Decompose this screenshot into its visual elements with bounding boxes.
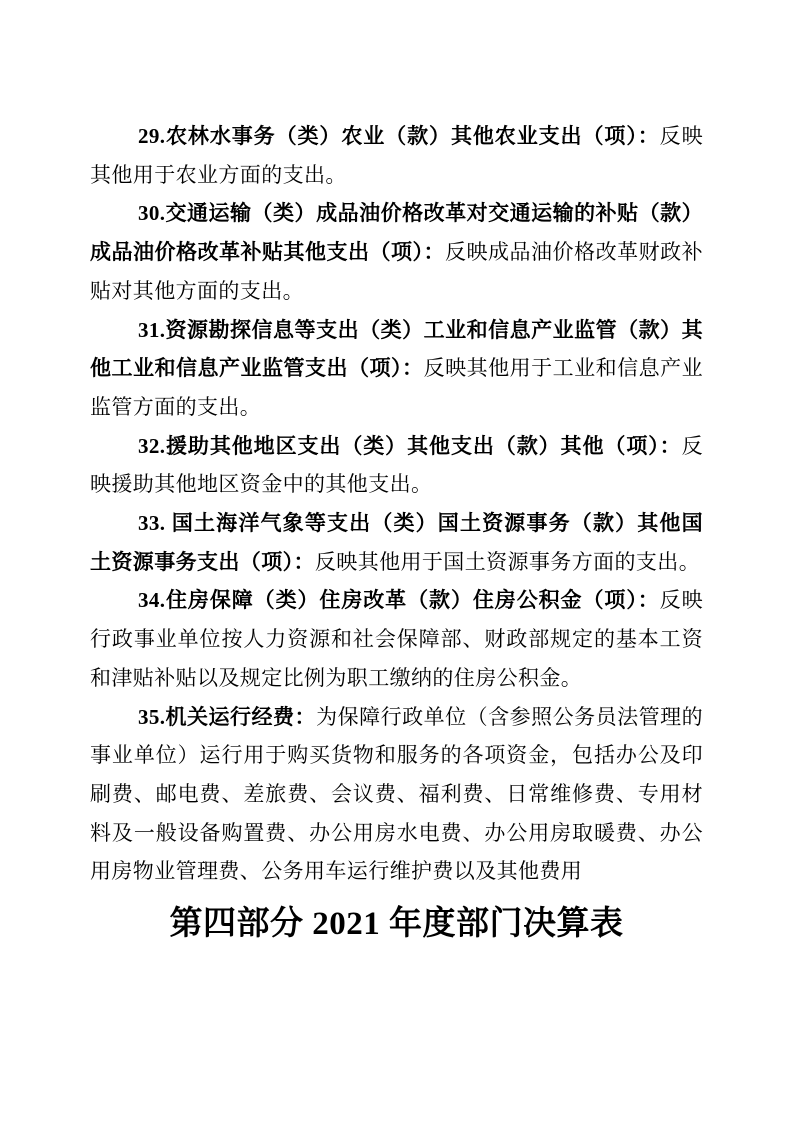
definition-paragraph-30: 30.交通运输（类）成品油价格改革对交通运输的补贴（款）成品油价格改革补贴其他支… [90,194,703,310]
definition-paragraph-29: 29.农林水事务（类）农业（款）其他农业支出（项）：反映其他用于农业方面的支出。 [90,117,703,194]
definition-paragraph-34: 34.住房保障（类）住房改革（款）住房公积金（项）：反映行政事业单位按人力资源和… [90,581,703,697]
definition-text-35: 为保障行政单位（含参照公务员法管理的事业单位）运行用于购买货物和服务的各项资金，… [90,705,703,884]
definition-paragraph-31: 31.资源勘探信息等支出（类）工业和信息产业监管（款）其他工业和信息产业监管支出… [90,311,703,427]
term-label-35: 35.机关运行经费： [138,705,316,729]
term-label-32: 32.援助其他地区支出（类）其他支出（款）其他（项）： [138,434,682,458]
document-page: 29.农林水事务（类）农业（款）其他农业支出（项）：反映其他用于农业方面的支出。… [0,0,793,1122]
section-heading: 第四部分 2021 年度部门决算表 [90,901,703,947]
definition-paragraph-33: 33. 国土海洋气象等支出（类）国土资源事务（款）其他国土资源事务支出（项）：反… [90,504,703,581]
document-body: 29.农林水事务（类）农业（款）其他农业支出（项）：反映其他用于农业方面的支出。… [90,117,703,947]
definition-paragraph-32: 32.援助其他地区支出（类）其他支出（款）其他（项）：反映援助其他地区资金中的其… [90,427,703,504]
term-label-34: 34.住房保障（类）住房改革（款）住房公积金（项）： [138,588,660,612]
definition-text-33: 反映其他用于国土资源事务方面的支出。 [315,550,700,574]
definition-paragraph-35: 35.机关运行经费：为保障行政单位（含参照公务员法管理的事业单位）运行用于购买货… [90,698,703,892]
term-label-29: 29.农林水事务（类）农业（款）其他农业支出（项）： [138,124,660,148]
